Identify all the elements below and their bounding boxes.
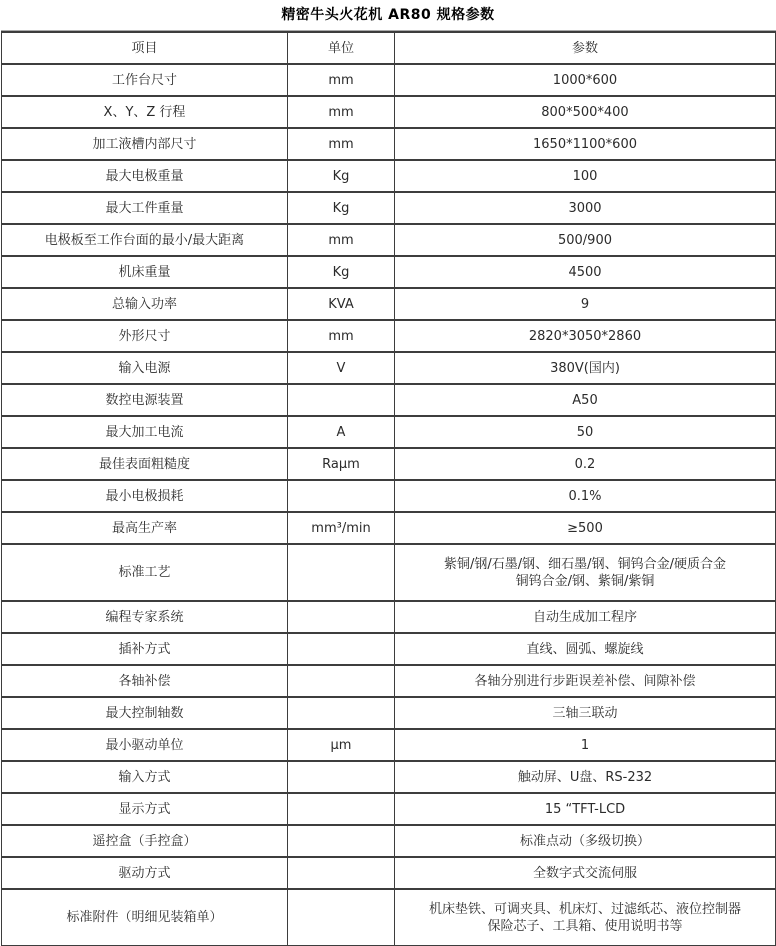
unit-cell (288, 545, 395, 602)
table-row: 显示方式15 “TFT-LCD (2, 794, 776, 826)
header-row: 项目 单位 参数 (2, 33, 776, 65)
unit-cell (288, 602, 395, 634)
value-cell: 50 (395, 417, 776, 449)
value-cell: 3000 (395, 193, 776, 225)
unit-cell (288, 762, 395, 794)
unit-cell: mm (288, 97, 395, 129)
item-cell: 驱动方式 (2, 858, 288, 890)
value-cell: 800*500*400 (395, 97, 776, 129)
value-cell: 全数字式交流伺服 (395, 858, 776, 890)
item-cell: 外形尺寸 (2, 321, 288, 353)
unit-cell (288, 794, 395, 826)
table-row: 外形尺寸mm2820*3050*2860 (2, 321, 776, 353)
table-row: 最佳表面粗糙度Raμm0.2 (2, 449, 776, 481)
unit-cell: μm (288, 730, 395, 762)
item-cell: 最佳表面粗糙度 (2, 449, 288, 481)
value-cell: 紫铜/钢/石墨/钢、细石墨/钢、铜钨合金/硬质合金 铜钨合金/钢、紫铜/紫铜 (395, 545, 776, 602)
item-cell: 遥控盒（手控盒） (2, 826, 288, 858)
value-cell: 500/900 (395, 225, 776, 257)
item-cell: 输入电源 (2, 353, 288, 385)
table-row: 最大控制轴数三轴三联动 (2, 698, 776, 730)
value-cell: 各轴分别进行步距误差补偿、间隙补偿 (395, 666, 776, 698)
item-cell: 数控电源装置 (2, 385, 288, 417)
table-row: 机床重量Kg4500 (2, 257, 776, 289)
item-cell: 输入方式 (2, 762, 288, 794)
unit-cell (288, 666, 395, 698)
value-cell: A50 (395, 385, 776, 417)
item-cell: X、Y、Z 行程 (2, 97, 288, 129)
value-cell: 机床垫铁、可调夹具、机床灯、过滤纸芯、液位控制器 保险芯子、工具箱、使用说明书等 (395, 890, 776, 946)
col-header-item: 项目 (2, 33, 288, 65)
item-cell: 最大工件重量 (2, 193, 288, 225)
value-cell: 1 (395, 730, 776, 762)
item-cell: 插补方式 (2, 634, 288, 666)
item-cell: 加工液槽内部尺寸 (2, 129, 288, 161)
unit-cell (288, 826, 395, 858)
unit-cell: Kg (288, 193, 395, 225)
value-cell: 触动屏、U盘、RS-232 (395, 762, 776, 794)
table-row: 最小驱动单位μm1 (2, 730, 776, 762)
item-cell: 最小电极损耗 (2, 481, 288, 513)
table-row: 数控电源装置A50 (2, 385, 776, 417)
value-cell: 9 (395, 289, 776, 321)
value-cell: 自动生成加工程序 (395, 602, 776, 634)
value-cell: 100 (395, 161, 776, 193)
item-cell: 标准附件（明细见装箱单） (2, 890, 288, 946)
table-row: 遥控盒（手控盒）标准点动（多级切换） (2, 826, 776, 858)
value-cell: 0.1% (395, 481, 776, 513)
value-cell: 15 “TFT-LCD (395, 794, 776, 826)
item-cell: 最高生产率 (2, 513, 288, 545)
table-row: 驱动方式全数字式交流伺服 (2, 858, 776, 890)
unit-cell (288, 698, 395, 730)
unit-cell: KVA (288, 289, 395, 321)
value-cell: 标准点动（多级切换） (395, 826, 776, 858)
value-cell: 4500 (395, 257, 776, 289)
value-cell: 1000*600 (395, 65, 776, 97)
item-cell: 各轴补偿 (2, 666, 288, 698)
unit-cell: Kg (288, 161, 395, 193)
table-row: 各轴补偿各轴分别进行步距误差补偿、间隙补偿 (2, 666, 776, 698)
value-cell: 0.2 (395, 449, 776, 481)
unit-cell (288, 481, 395, 513)
value-cell: 2820*3050*2860 (395, 321, 776, 353)
unit-cell (288, 385, 395, 417)
col-header-unit: 单位 (288, 33, 395, 65)
item-cell: 机床重量 (2, 257, 288, 289)
value-cell: 三轴三联动 (395, 698, 776, 730)
item-cell: 工作台尺寸 (2, 65, 288, 97)
table-row: 最小电极损耗0.1% (2, 481, 776, 513)
table-row: 最高生产率mm³/min≥500 (2, 513, 776, 545)
table-row: 最大电极重量Kg100 (2, 161, 776, 193)
unit-cell (288, 634, 395, 666)
unit-cell (288, 890, 395, 946)
unit-cell: mm³/min (288, 513, 395, 545)
item-cell: 最大控制轴数 (2, 698, 288, 730)
table-row: 输入电源V380V(国内) (2, 353, 776, 385)
value-cell: ≥500 (395, 513, 776, 545)
item-cell: 标准工艺 (2, 545, 288, 602)
item-cell: 显示方式 (2, 794, 288, 826)
col-header-value: 参数 (395, 33, 776, 65)
item-cell: 总输入功率 (2, 289, 288, 321)
spec-table-header: 项目 单位 参数 (2, 33, 776, 65)
unit-cell: mm (288, 65, 395, 97)
table-row: X、Y、Z 行程mm800*500*400 (2, 97, 776, 129)
value-cell: 1650*1100*600 (395, 129, 776, 161)
spec-table-body: 工作台尺寸mm1000*600X、Y、Z 行程mm800*500*400加工液槽… (2, 65, 776, 946)
table-row: 标准附件（明细见装箱单）机床垫铁、可调夹具、机床灯、过滤纸芯、液位控制器 保险芯… (2, 890, 776, 946)
table-row: 最大加工电流A50 (2, 417, 776, 449)
table-row: 插补方式直线、圆弧、螺旋线 (2, 634, 776, 666)
table-row: 输入方式触动屏、U盘、RS-232 (2, 762, 776, 794)
spec-sheet-page: 精密牛头火花机 AR80 规格参数 项目 单位 参数 工作台尺寸mm1000*6… (0, 0, 776, 946)
table-row: 总输入功率KVA9 (2, 289, 776, 321)
table-row: 加工液槽内部尺寸mm1650*1100*600 (2, 129, 776, 161)
unit-cell (288, 858, 395, 890)
unit-cell: A (288, 417, 395, 449)
table-row: 标准工艺紫铜/钢/石墨/钢、细石墨/钢、铜钨合金/硬质合金 铜钨合金/钢、紫铜/… (2, 545, 776, 602)
item-cell: 编程专家系统 (2, 602, 288, 634)
unit-cell: mm (288, 129, 395, 161)
item-cell: 电极板至工作台面的最小/最大距离 (2, 225, 288, 257)
unit-cell: mm (288, 225, 395, 257)
unit-cell: V (288, 353, 395, 385)
unit-cell: Raμm (288, 449, 395, 481)
value-cell: 380V(国内) (395, 353, 776, 385)
item-cell: 最大电极重量 (2, 161, 288, 193)
unit-cell: mm (288, 321, 395, 353)
table-row: 工作台尺寸mm1000*600 (2, 65, 776, 97)
value-cell: 直线、圆弧、螺旋线 (395, 634, 776, 666)
item-cell: 最小驱动单位 (2, 730, 288, 762)
spec-table: 项目 单位 参数 工作台尺寸mm1000*600X、Y、Z 行程mm800*50… (1, 31, 776, 946)
unit-cell: Kg (288, 257, 395, 289)
table-row: 最大工件重量Kg3000 (2, 193, 776, 225)
table-row: 编程专家系统自动生成加工程序 (2, 602, 776, 634)
page-title: 精密牛头火花机 AR80 规格参数 (0, 6, 776, 24)
item-cell: 最大加工电流 (2, 417, 288, 449)
table-row: 电极板至工作台面的最小/最大距离mm500/900 (2, 225, 776, 257)
